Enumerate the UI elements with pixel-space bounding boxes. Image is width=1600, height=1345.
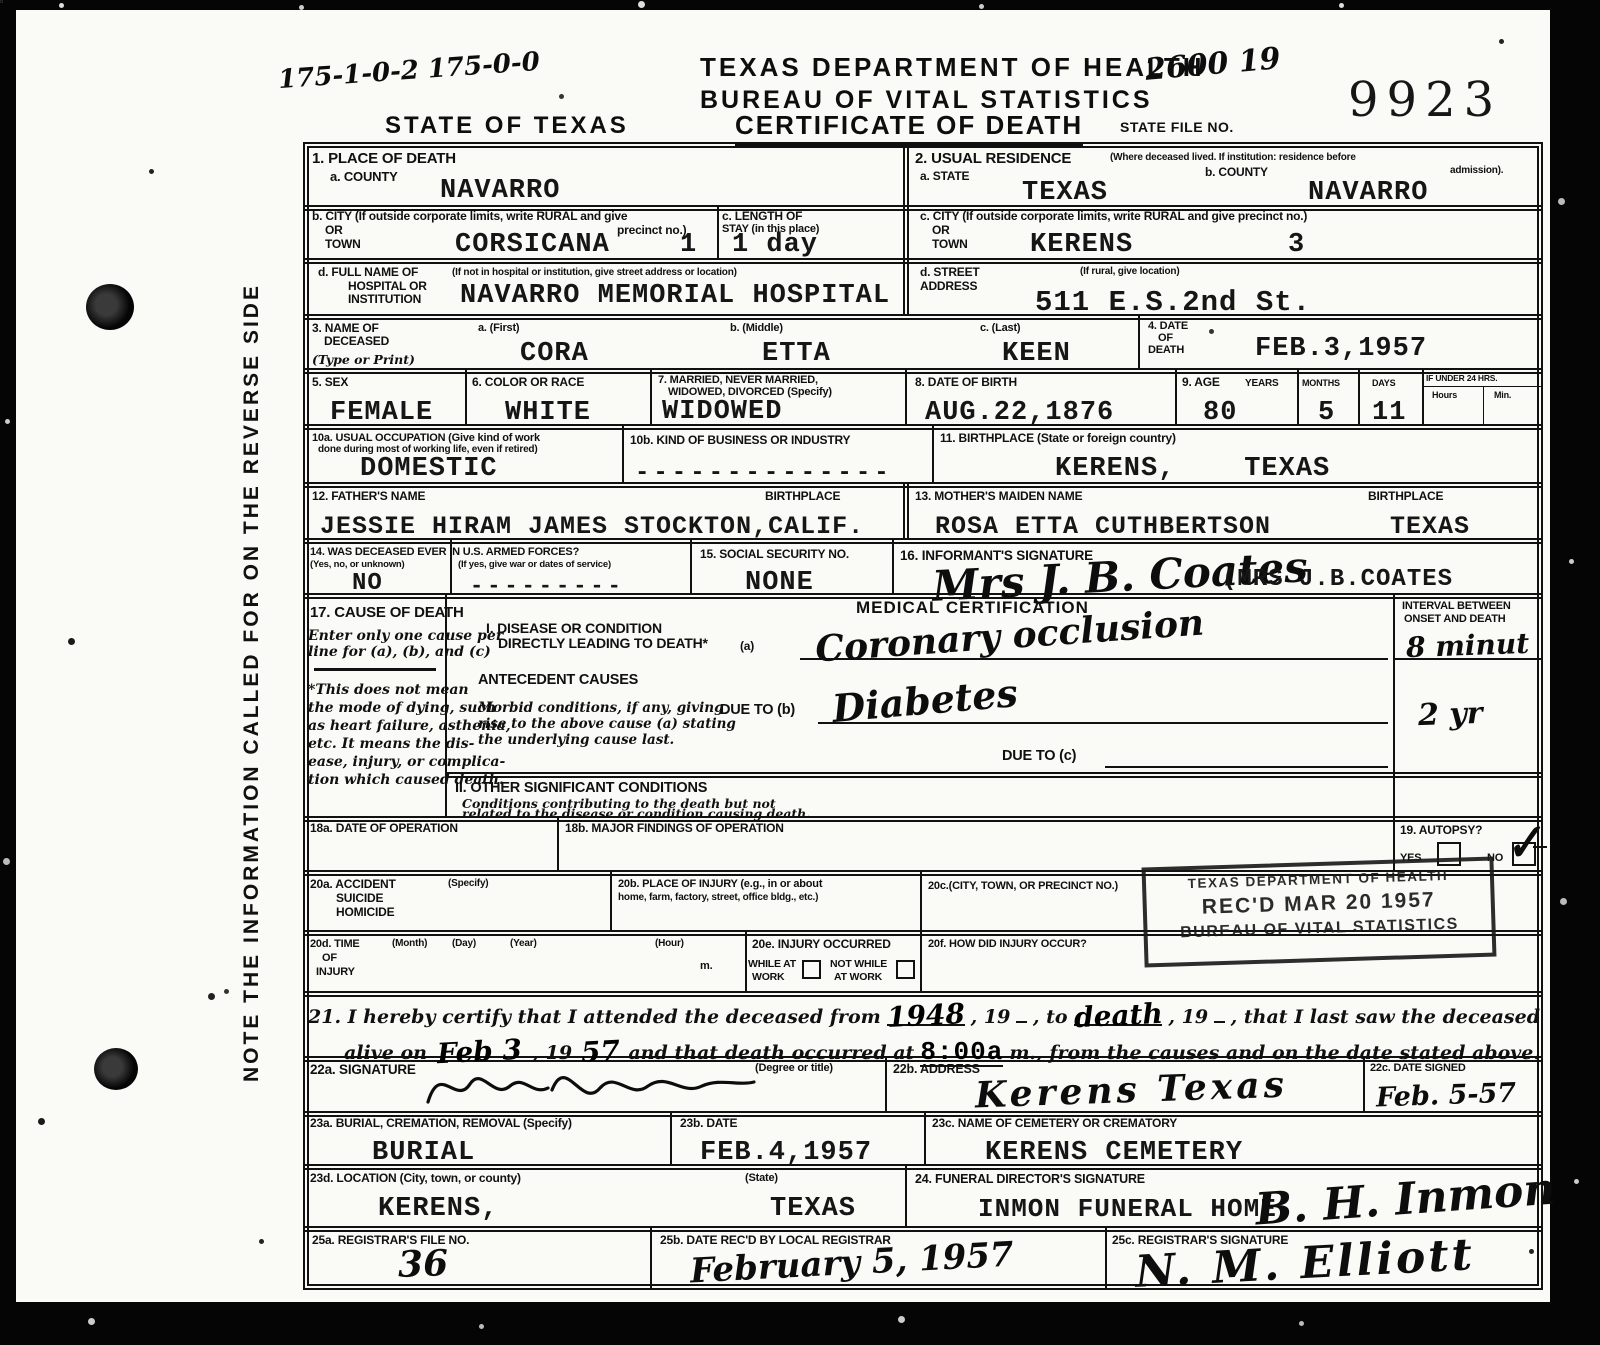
field-note: the underlying cause last. [478, 732, 674, 748]
field-label: AT WORK [834, 971, 882, 983]
certify-text: , to [1033, 1003, 1068, 1032]
field-label: 20c.(CITY, TOWN, OR PRECINCT NO.) [928, 880, 1118, 893]
field-label: TOWN [325, 238, 361, 252]
field-label: BIRTHPLACE [1368, 490, 1443, 504]
rule-v [932, 426, 934, 484]
field-label: ANTECEDENT CAUSES [478, 672, 638, 689]
residence-county-value: NAVARRO [1308, 180, 1428, 207]
field-label: INJURY [316, 966, 355, 979]
certify-text: , that I last saw the deceased [1231, 1003, 1540, 1032]
field-label: 17. CAUSE OF DEATH [310, 604, 464, 621]
street-address-value: 511 E.S.2nd St. [1035, 288, 1311, 317]
father-name-value: JESSIE HIRAM JAMES STOCKTON,CALIF. [320, 514, 864, 539]
field-label: II. OTHER SIGNIFICANT CONDITIONS [455, 780, 707, 797]
field-label: d. FULL NAME OF [318, 266, 418, 280]
field-label: 11. BIRTHPLACE (State or foreign country… [940, 432, 1176, 446]
field-label: BIRTHPLACE [765, 490, 840, 504]
rule-h [303, 314, 1543, 320]
field-label: b. (Middle) [730, 322, 783, 335]
rule-v [745, 932, 747, 993]
cause-note: ease, injury, or complica- [308, 754, 505, 771]
field-label: b. COUNTY [1205, 166, 1268, 180]
field-label: SUICIDE [336, 892, 383, 906]
stay-value: 1 day [732, 232, 818, 259]
field-label: OF [322, 952, 337, 965]
field-label: 23b. DATE [680, 1117, 737, 1131]
burial-date-value: FEB.4,1957 [700, 1140, 872, 1167]
field-note: admission). [1450, 165, 1503, 177]
field-label: DUE TO (c) [1002, 748, 1076, 765]
rule-h [303, 424, 1543, 430]
state-file-no-label: STATE FILE NO. [1120, 119, 1234, 135]
field-label: (Month) [392, 938, 427, 950]
field-label: TOWN [932, 238, 968, 252]
field-label: INTERVAL BETWEEN [1402, 600, 1511, 613]
field-label: c. CITY (If outside corporate limits, wr… [920, 210, 1307, 224]
field-label: 7. MARRIED, NEVER MARRIED, [658, 374, 818, 387]
rule-v [920, 932, 922, 993]
rule-v [690, 540, 692, 595]
scanned-death-certificate: NOTE THE INFORMATION CALLED FOR ON THE R… [0, 0, 1600, 1345]
mother-birthplace-value: TEXAS [1390, 514, 1470, 539]
field-label: 10b. KIND OF BUSINESS OR INDUSTRY [630, 434, 850, 448]
certify-line-1: 21. I hereby certify that I attended the… [308, 997, 1540, 1032]
field-label: m. [700, 960, 712, 973]
registrar-file-no-value: 36 [397, 1245, 448, 1283]
cause-note: etc. It means the dis- [308, 736, 475, 753]
field-label: 23a. BURIAL, CREMATION, REMOVAL (Specify… [310, 1117, 572, 1131]
age-months-value: 5 [1318, 400, 1335, 427]
residence-city-value: KERENS [1030, 232, 1133, 259]
certificate-title: CERTIFICATE OF DEATH [735, 110, 1083, 146]
industry-value: -------------- [635, 462, 893, 486]
field-label: OF [1158, 332, 1173, 345]
autopsy-no-checkmark: ✓ [1500, 817, 1546, 869]
field-label: (Day) [452, 938, 476, 950]
field-label: 18b. MAJOR FINDINGS OF OPERATION [565, 822, 784, 836]
field-label: 22a. SIGNATURE [310, 1062, 416, 1078]
certify-from-blank: 1948 [887, 1000, 965, 1026]
cause-note: Enter only one cause per [308, 628, 503, 645]
punch-hole [86, 284, 134, 330]
certify-text: , 19 [1168, 1003, 1208, 1032]
dob-value: AUG.22,1876 [925, 400, 1114, 427]
received-stamp: TEXAS DEPARTMENT OF HEALTH REC'D MAR 20 … [1142, 856, 1497, 967]
cause-note: *This does not mean [308, 682, 469, 699]
middle-name-value: ETTA [762, 341, 831, 368]
field-label: IF UNDER 24 HRS. [1426, 374, 1497, 384]
field-label: 8. DATE OF BIRTH [915, 376, 1017, 390]
field-label: 13. MOTHER'S MAIDEN NAME [915, 490, 1082, 504]
first-name-value: CORA [520, 341, 589, 368]
field-note: (Where deceased lived. If institution: r… [1110, 152, 1356, 164]
rule-v [622, 426, 624, 484]
certify-from-value: 1948 [886, 1000, 965, 1032]
while-at-work-checkbox [802, 960, 821, 979]
field-label: Hours [1432, 390, 1457, 400]
field-label: DEATH [1148, 344, 1184, 357]
field-note: (Degree or title) [755, 1062, 833, 1075]
field-label: 10a. USUAL OCCUPATION (Give kind of work [312, 432, 540, 445]
sex-value: FEMALE [330, 400, 433, 427]
field-label: 5. SEX [312, 376, 348, 390]
not-while-at-work-checkbox [896, 960, 915, 979]
field-note: rise to the above cause (a) stating [478, 716, 736, 732]
field-note: (Type or Print) [312, 352, 415, 367]
rule-v [557, 818, 559, 872]
marital-value: WIDOWED [662, 399, 782, 426]
field-label: 22c. DATE SIGNED [1370, 1062, 1466, 1075]
field-label: 15. SOCIAL SECURITY NO. [700, 548, 849, 562]
rule-v [1138, 316, 1140, 370]
last-name-value: KEEN [1002, 341, 1071, 368]
rule-h [314, 668, 436, 671]
rule-h [303, 1164, 1543, 1170]
field-label: WHILE AT [748, 958, 796, 970]
funeral-home-value: INMON FUNERAL HOME [978, 1196, 1277, 1222]
field-label: 24. FUNERAL DIRECTOR'S SIGNATURE [915, 1172, 1145, 1186]
field-label: DECEASED [324, 335, 389, 349]
occupation-value: DOMESTIC [360, 456, 498, 483]
rule-v [670, 1113, 672, 1166]
mother-name-value: ROSA ETTA CUTHBERTSON [935, 514, 1271, 539]
field-label: c. LENGTH OF [722, 210, 802, 224]
margin-note: NOTE THE INFORMATION CALLED FOR ON THE R… [240, 283, 264, 1082]
field-label: (Year) [510, 938, 537, 950]
age-days-value: 11 [1372, 400, 1406, 427]
field-label: 12. FATHER'S NAME [312, 490, 425, 504]
field-label: 4. DATE [1148, 320, 1188, 333]
rule-v [905, 1166, 907, 1228]
rule-v [1297, 370, 1299, 426]
certify-to-value: death [1073, 1000, 1163, 1033]
scan-noise-dark [0, 0, 3, 3]
armed-forces-value: NO [352, 572, 383, 596]
field-label: OR [932, 224, 950, 238]
field-note: (State) [745, 1172, 778, 1185]
field-note: Morbid conditions, if any, giving [478, 700, 724, 716]
rule-v [650, 1228, 652, 1290]
date-signed-value: Feb. 5-57 [1376, 1080, 1517, 1112]
ssn-value: NONE [745, 570, 814, 597]
field-label: I. DISEASE OR CONDITION [486, 620, 662, 636]
field-label: 20a. ACCIDENT [310, 878, 396, 892]
field-label: 14. WAS DECEASED EVER IN U.S. ARMED FORC… [310, 546, 579, 559]
field-label: a. STATE [920, 170, 969, 184]
rule-h [1395, 658, 1541, 660]
residence-precinct-value: 3 [1288, 232, 1305, 259]
field-label: 18a. DATE OF OPERATION [310, 822, 458, 836]
field-label: 20d. TIME [310, 938, 360, 951]
field-label: YEARS [1245, 378, 1278, 390]
rule-h [1105, 766, 1388, 768]
service-dashes: --------- [470, 576, 625, 598]
field-label: 20e. INJURY OCCURRED [752, 938, 891, 952]
physician-signature [420, 1056, 760, 1112]
cause-note: the mode of dying, such [308, 700, 496, 717]
certify-text: 21. I hereby certify that I attended the… [308, 1003, 881, 1032]
rule-v [1358, 370, 1360, 426]
blank [1214, 997, 1225, 1023]
city-value: CORSICANA [455, 232, 610, 259]
field-note: (If not in hospital or institution, give… [452, 267, 737, 279]
rule-v [892, 540, 894, 595]
field-label: d. STREET [920, 266, 980, 280]
field-label: DUE TO (b) [720, 702, 795, 719]
certify-text: , 19 [971, 1003, 1011, 1032]
field-label: (a) [740, 640, 754, 654]
field-label: a. COUNTY [330, 170, 398, 185]
rule-v [1393, 595, 1395, 818]
rule-h [445, 772, 1543, 778]
field-label: a. (First) [478, 322, 519, 335]
rule-v [650, 370, 652, 426]
precinct-value: 1 [680, 232, 697, 259]
certify-to-blank: death [1074, 1000, 1163, 1026]
rule-v [610, 872, 612, 932]
rule-v [903, 484, 909, 540]
field-label: ADDRESS [920, 280, 977, 294]
rule-v [465, 370, 467, 426]
field-label: c. (Last) [980, 322, 1020, 335]
rule-h [1533, 846, 1547, 848]
rule-v [1105, 1228, 1107, 1290]
field-label: 23d. LOCATION (City, town, or county) [310, 1172, 521, 1186]
field-note: (If rural, give location) [1080, 266, 1179, 278]
rule-v [924, 1113, 926, 1166]
interval-b-value: 2 yr [1417, 699, 1483, 731]
field-note: (Specify) [448, 878, 488, 890]
residence-state-value: TEXAS [1022, 180, 1108, 207]
field-label: precinct no.) [617, 224, 686, 238]
cemetery-value: KERENS CEMETERY [985, 1140, 1243, 1167]
field-label: 9. AGE [1182, 376, 1220, 390]
state-file-number: 9923 [1348, 72, 1502, 128]
header-state: STATE OF TEXAS [385, 112, 629, 140]
age-years-value: 80 [1203, 400, 1237, 427]
blank [1016, 997, 1027, 1023]
field-label: INSTITUTION [348, 293, 421, 307]
field-label: (Hour) [655, 938, 684, 950]
field-label: DIRECTLY LEADING TO DEATH* [498, 635, 708, 651]
field-label: (If yes, give war or dates of service) [458, 560, 611, 571]
field-note: related to the disease or condition caus… [462, 806, 811, 821]
county-value: NAVARRO [440, 178, 560, 205]
field-label: WORK [752, 971, 784, 983]
field-label: 23c. NAME OF CEMETERY OR CREMATORY [932, 1117, 1177, 1131]
birthplace-value: KERENS, TEXAS [1055, 456, 1330, 483]
physician-address-value: Kerens Texas [974, 1067, 1288, 1114]
rule-v [905, 370, 907, 426]
rule-v [920, 872, 922, 932]
field-label: home, farm, factory, street, office bldg… [618, 892, 818, 904]
date-of-death-value: FEB.3,1957 [1255, 336, 1427, 363]
hospital-value: NAVARRO MEMORIAL HOSPITAL [460, 283, 890, 310]
informant-typed-value: (MRS J.B.COATES [1222, 568, 1453, 592]
field-label: MONTHS [1302, 378, 1340, 388]
field-label: 1. PLACE OF DEATH [312, 150, 456, 167]
rule-v [717, 207, 719, 260]
burial-value: BURIAL [372, 1140, 475, 1167]
field-label: 20b. PLACE OF INJURY (e.g., in or about [618, 878, 822, 891]
rule-v [1422, 370, 1424, 426]
field-label: ONSET AND DEATH [1404, 613, 1506, 626]
field-label: HOMICIDE [336, 906, 394, 920]
rule-v [1175, 370, 1177, 426]
field-label: OR [325, 224, 343, 238]
cause-note: line for (a), (b), and (c) [308, 644, 491, 661]
field-label: DAYS [1372, 378, 1395, 388]
field-label: b. CITY (If outside corporate limits, wr… [312, 210, 627, 224]
rule-v [903, 142, 909, 316]
field-label: 19. AUTOPSY? [1400, 824, 1482, 838]
field-label: 22b. ADDRESS [893, 1062, 980, 1076]
rule-v [1483, 386, 1484, 426]
rule-h [303, 368, 1543, 374]
field-label: 6. COLOR OR RACE [472, 376, 584, 390]
field-label: 20f. HOW DID INJURY OCCUR? [928, 938, 1087, 951]
field-label: 2. USUAL RESIDENCE [915, 150, 1071, 167]
race-value: WHITE [505, 400, 591, 427]
location-city-value: KERENS, [378, 1196, 498, 1223]
header-department: TEXAS DEPARTMENT OF HEALTH [700, 52, 1205, 83]
punch-hole [94, 1048, 138, 1090]
field-label: NOT WHILE [830, 958, 887, 970]
field-label: Min. [1494, 390, 1511, 400]
rule-h [1424, 386, 1541, 387]
location-state-value: TEXAS [770, 1196, 856, 1223]
